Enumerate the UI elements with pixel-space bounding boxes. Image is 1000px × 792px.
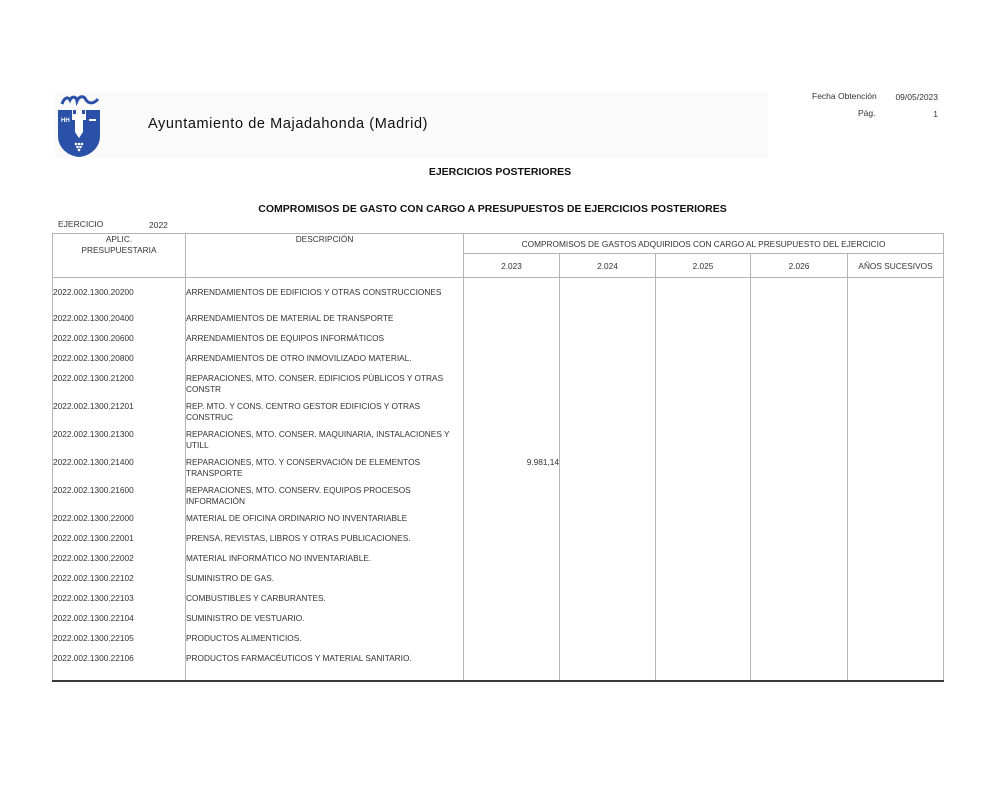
table-row: 2022.002.1300.20600ARRENDAMIENTOS DE EQU… xyxy=(53,333,944,353)
fecha-obtencion-label: Fecha Obtención xyxy=(812,91,877,101)
row-value-sucesivos xyxy=(848,533,944,553)
row-value-2024 xyxy=(560,513,656,533)
table-body: 2022.002.1300.20200ARRENDAMIENTOS DE EDI… xyxy=(53,278,944,681)
row-value-2025 xyxy=(656,429,751,457)
fecha-obtencion-value: 09/05/2023 xyxy=(880,92,938,102)
row-value-2025 xyxy=(656,313,751,333)
header-year-2023: 2.023 xyxy=(464,254,560,278)
row-description: SUMINISTRO DE VESTUARIO. xyxy=(186,613,464,633)
row-value-2026 xyxy=(751,485,848,513)
row-value-2023: 9.981,14 xyxy=(464,457,560,485)
header-descripcion: DESCRIPCIÓN xyxy=(186,234,464,278)
row-description: MATERIAL INFORMÁTICO NO INVENTARIABLE. xyxy=(186,553,464,573)
row-value-2025 xyxy=(656,373,751,401)
row-value-2025 xyxy=(656,653,751,681)
table-row: 2022.002.1300.22000MATERIAL DE OFICINA O… xyxy=(53,513,944,533)
row-code: 2022.002.1300.22106 xyxy=(53,653,186,681)
table-row: 2022.002.1300.21200REPARACIONES, MTO. CO… xyxy=(53,373,944,401)
row-description: REPARACIONES, MTO. CONSER. EDIFICIOS PÚB… xyxy=(186,373,464,401)
row-value-2024 xyxy=(560,457,656,485)
row-value-sucesivos xyxy=(848,633,944,653)
row-value-2025 xyxy=(656,333,751,353)
table-row: 2022.002.1300.22106PRODUCTOS FARMACÉUTIC… xyxy=(53,653,944,681)
row-code: 2022.002.1300.21400 xyxy=(53,457,186,485)
row-value-2026 xyxy=(751,653,848,681)
row-description: REPARACIONES, MTO. Y CONSERVACIÓN DE ELE… xyxy=(186,457,464,485)
row-value-2024 xyxy=(560,533,656,553)
row-value-2024 xyxy=(560,401,656,429)
row-code: 2022.002.1300.21201 xyxy=(53,401,186,429)
row-value-2026 xyxy=(751,633,848,653)
row-code: 2022.002.1300.20800 xyxy=(53,353,186,373)
row-value-sucesivos xyxy=(848,333,944,353)
row-description: ARRENDAMIENTOS DE OTRO INMOVILIZADO MATE… xyxy=(186,353,464,373)
coat-of-arms-icon: HH xyxy=(56,92,102,158)
row-value-2026 xyxy=(751,353,848,373)
ejercicio-label: EJERCICIO xyxy=(58,219,103,229)
row-description: ARRENDAMIENTOS DE EQUIPOS INFORMÁTICOS xyxy=(186,333,464,353)
commitments-table: APLIC. PRESUPUESTARIA DESCRIPCIÓN COMPRO… xyxy=(52,233,944,682)
row-value-2025 xyxy=(656,401,751,429)
row-value-2024 xyxy=(560,553,656,573)
row-value-2024 xyxy=(560,573,656,593)
row-code: 2022.002.1300.20600 xyxy=(53,333,186,353)
row-value-sucesivos xyxy=(848,485,944,513)
row-description: PRODUCTOS FARMACÉUTICOS Y MATERIAL SANIT… xyxy=(186,653,464,681)
row-value-2026 xyxy=(751,533,848,553)
header-aplic-presupuestaria: APLIC. PRESUPUESTARIA xyxy=(53,234,186,278)
row-value-2026 xyxy=(751,457,848,485)
row-value-2023 xyxy=(464,573,560,593)
header-aplic-line2: PRESUPUESTARIA xyxy=(53,245,185,256)
row-value-2025 xyxy=(656,573,751,593)
row-value-2023 xyxy=(464,513,560,533)
row-value-2023 xyxy=(464,633,560,653)
row-value-2026 xyxy=(751,373,848,401)
row-value-2023 xyxy=(464,401,560,429)
row-value-2026 xyxy=(751,401,848,429)
row-value-2026 xyxy=(751,593,848,613)
row-value-2024 xyxy=(560,353,656,373)
row-value-2024 xyxy=(560,278,656,313)
row-code: 2022.002.1300.22001 xyxy=(53,533,186,553)
row-value-sucesivos xyxy=(848,573,944,593)
row-value-sucesivos xyxy=(848,373,944,401)
row-value-2023 xyxy=(464,373,560,401)
row-code: 2022.002.1300.22002 xyxy=(53,553,186,573)
row-value-sucesivos xyxy=(848,429,944,457)
row-description: REPARACIONES, MTO. CONSERV. EQUIPOS PROC… xyxy=(186,485,464,513)
row-code: 2022.002.1300.21600 xyxy=(53,485,186,513)
row-value-2025 xyxy=(656,593,751,613)
row-value-2024 xyxy=(560,653,656,681)
header-compromisos: COMPROMISOS DE GASTOS ADQUIRIDOS CON CAR… xyxy=(464,234,944,254)
header-year-2025: 2.025 xyxy=(656,254,751,278)
table-row: 2022.002.1300.22102SUMINISTRO DE GAS. xyxy=(53,573,944,593)
row-value-2025 xyxy=(656,553,751,573)
row-value-2025 xyxy=(656,633,751,653)
row-value-2025 xyxy=(656,278,751,313)
row-value-2026 xyxy=(751,313,848,333)
table-row: 2022.002.1300.22105PRODUCTOS ALIMENTICIO… xyxy=(53,633,944,653)
report-title: COMPROMISOS DE GASTO CON CARGO A PRESUPU… xyxy=(0,203,985,215)
row-description: ARRENDAMIENTOS DE MATERIAL DE TRANSPORTE xyxy=(186,313,464,333)
row-description: MATERIAL DE OFICINA ORDINARIO NO INVENTA… xyxy=(186,513,464,533)
row-value-2025 xyxy=(656,613,751,633)
row-value-2025 xyxy=(656,513,751,533)
row-value-sucesivos xyxy=(848,613,944,633)
row-value-2026 xyxy=(751,613,848,633)
svg-text:HH: HH xyxy=(61,118,70,124)
row-code: 2022.002.1300.21300 xyxy=(53,429,186,457)
row-value-sucesivos xyxy=(848,401,944,429)
row-value-2026 xyxy=(751,513,848,533)
row-description: PRODUCTOS ALIMENTICIOS. xyxy=(186,633,464,653)
row-value-2023 xyxy=(464,278,560,313)
table-row: 2022.002.1300.22002MATERIAL INFORMÁTICO … xyxy=(53,553,944,573)
row-value-2024 xyxy=(560,373,656,401)
row-value-2023 xyxy=(464,553,560,573)
page-number: 1 xyxy=(900,109,938,119)
table-row: 2022.002.1300.21300REPARACIONES, MTO. CO… xyxy=(53,429,944,457)
table-row: 2022.002.1300.20200ARRENDAMIENTOS DE EDI… xyxy=(53,278,944,313)
header-year-2024: 2.024 xyxy=(560,254,656,278)
table-row: 2022.002.1300.22103COMBUSTIBLES Y CARBUR… xyxy=(53,593,944,613)
row-value-2026 xyxy=(751,429,848,457)
ejercicio-value: 2022 xyxy=(149,220,168,230)
row-value-sucesivos xyxy=(848,553,944,573)
row-description: ARRENDAMIENTOS DE EDIFICIOS Y OTRAS CONS… xyxy=(186,278,464,313)
row-value-2026 xyxy=(751,278,848,313)
row-value-2024 xyxy=(560,429,656,457)
row-value-2023 xyxy=(464,353,560,373)
header-anos-sucesivos: AÑOS SUCESIVOS xyxy=(848,254,944,278)
table-row: 2022.002.1300.20400ARRENDAMIENTOS DE MAT… xyxy=(53,313,944,333)
row-value-sucesivos xyxy=(848,353,944,373)
row-value-2025 xyxy=(656,353,751,373)
row-code: 2022.002.1300.22105 xyxy=(53,633,186,653)
row-description: SUMINISTRO DE GAS. xyxy=(186,573,464,593)
row-description: COMBUSTIBLES Y CARBURANTES. xyxy=(186,593,464,613)
row-value-2024 xyxy=(560,313,656,333)
row-value-2024 xyxy=(560,485,656,513)
row-value-sucesivos xyxy=(848,593,944,613)
row-value-2023 xyxy=(464,613,560,633)
row-value-2024 xyxy=(560,633,656,653)
row-value-2024 xyxy=(560,593,656,613)
row-value-sucesivos xyxy=(848,313,944,333)
row-value-2023 xyxy=(464,593,560,613)
row-value-2025 xyxy=(656,533,751,553)
row-code: 2022.002.1300.20400 xyxy=(53,313,186,333)
row-value-2026 xyxy=(751,553,848,573)
organization-name: Ayuntamiento de Majadahonda (Madrid) xyxy=(148,116,428,132)
row-value-2023 xyxy=(464,429,560,457)
row-value-2023 xyxy=(464,333,560,353)
row-value-2023 xyxy=(464,313,560,333)
row-value-sucesivos xyxy=(848,278,944,313)
row-description: REP. MTO. Y CONS. CENTRO GESTOR EDIFICIO… xyxy=(186,401,464,429)
row-description: REPARACIONES, MTO. CONSER. MAQUINARIA, I… xyxy=(186,429,464,457)
row-value-2023 xyxy=(464,533,560,553)
row-value-sucesivos xyxy=(848,653,944,681)
row-code: 2022.002.1300.22000 xyxy=(53,513,186,533)
row-code: 2022.002.1300.22102 xyxy=(53,573,186,593)
row-value-2025 xyxy=(656,485,751,513)
section-title: EJERCICIOS POSTERIORES xyxy=(0,166,1000,178)
row-value-2023 xyxy=(464,653,560,681)
row-code: 2022.002.1300.22103 xyxy=(53,593,186,613)
row-value-2024 xyxy=(560,333,656,353)
table-row: 2022.002.1300.21600REPARACIONES, MTO. CO… xyxy=(53,485,944,513)
table-row: 2022.002.1300.21400REPARACIONES, MTO. Y … xyxy=(53,457,944,485)
row-value-2023 xyxy=(464,485,560,513)
row-value-sucesivos xyxy=(848,457,944,485)
row-value-2026 xyxy=(751,333,848,353)
table-row: 2022.002.1300.20800ARRENDAMIENTOS DE OTR… xyxy=(53,353,944,373)
row-description: PRENSA, REVISTAS, LIBROS Y OTRAS PUBLICA… xyxy=(186,533,464,553)
row-code: 2022.002.1300.21200 xyxy=(53,373,186,401)
table-row: 2022.002.1300.22104SUMINISTRO DE VESTUAR… xyxy=(53,613,944,633)
row-value-2025 xyxy=(656,457,751,485)
row-value-2024 xyxy=(560,613,656,633)
table-row: 2022.002.1300.22001PRENSA, REVISTAS, LIB… xyxy=(53,533,944,553)
row-code: 2022.002.1300.20200 xyxy=(53,278,186,313)
row-value-2026 xyxy=(751,573,848,593)
table-row: 2022.002.1300.21201REP. MTO. Y CONS. CEN… xyxy=(53,401,944,429)
page-label: Pág. xyxy=(858,108,876,118)
header-aplic-line1: APLIC. xyxy=(53,234,185,245)
row-value-sucesivos xyxy=(848,513,944,533)
header-year-2026: 2.026 xyxy=(751,254,848,278)
row-code: 2022.002.1300.22104 xyxy=(53,613,186,633)
